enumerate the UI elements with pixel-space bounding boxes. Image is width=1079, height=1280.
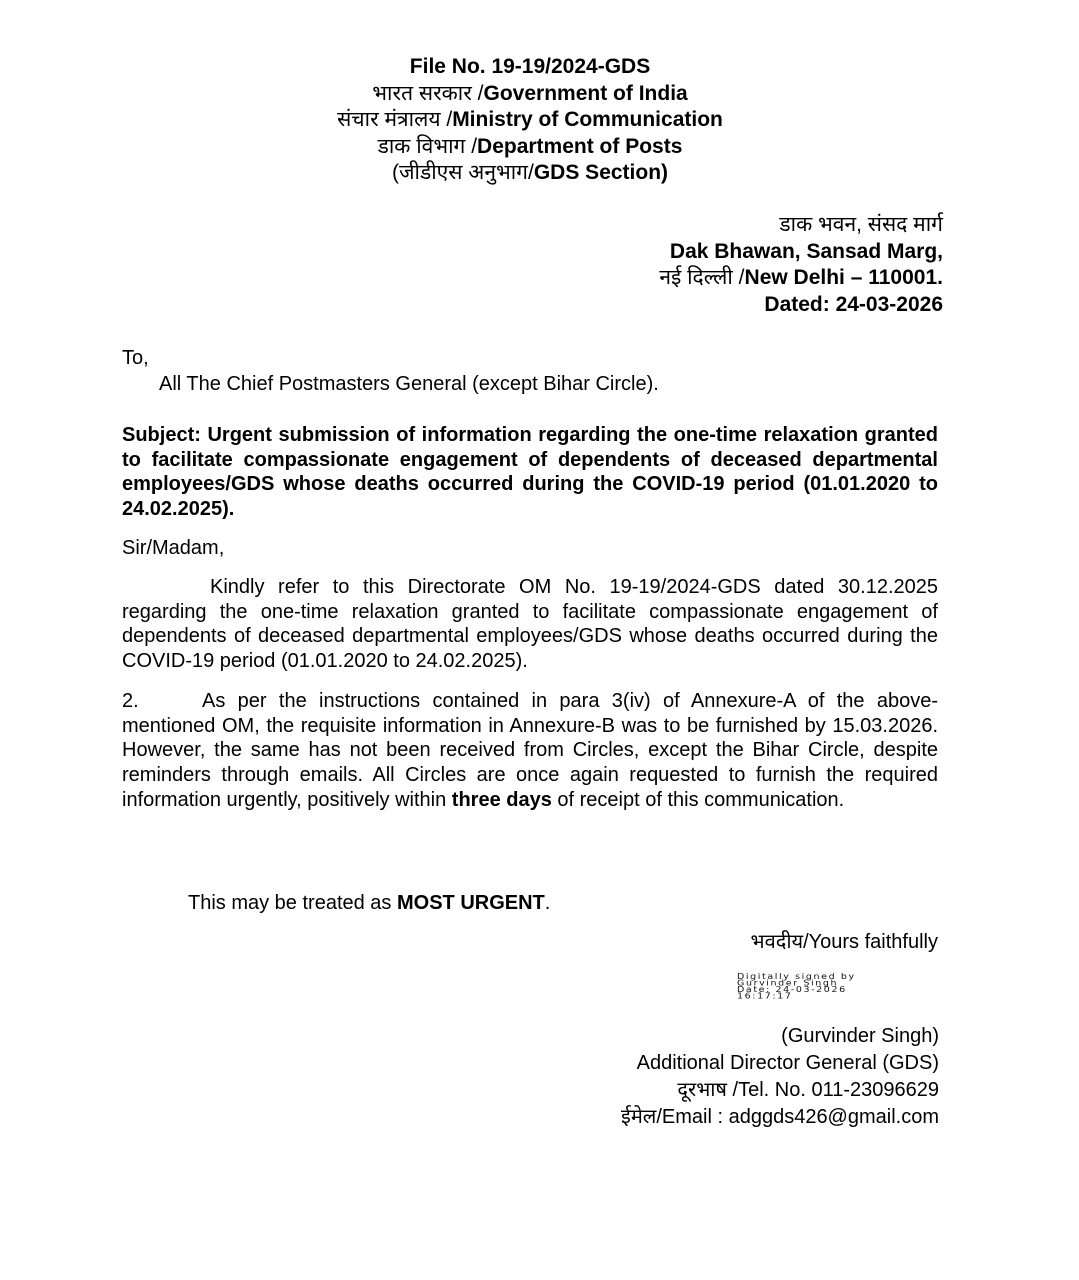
subject-line: Subject: Urgent submission of informatio… [122, 423, 938, 521]
letter-header: File No. 19-19/2024-GDS भारत सरकार /Gove… [0, 54, 1060, 187]
signatory-name: (Gurvinder Singh) [621, 1023, 939, 1050]
urgency-note: This may be treated as MOST URGENT. [188, 891, 550, 915]
salutation: Sir/Madam, [122, 536, 224, 560]
signatory-block: (Gurvinder Singh) Additional Director Ge… [621, 1023, 939, 1131]
recipient-block: To, All The Chief Postmasters General (e… [122, 345, 659, 397]
most-urgent-label: MOST URGENT [397, 892, 545, 914]
recipient-name: All The Chief Postmasters General (excep… [122, 371, 659, 397]
address-city: नई दिल्ली /New Delhi – 110001. [659, 265, 943, 292]
signatory-phone: दूरभाष /Tel. No. 011-23096629 [621, 1077, 939, 1104]
paragraph-number: 2. [122, 689, 202, 714]
paragraph-1: Kindly refer to this Directorate OM No. … [122, 575, 938, 674]
file-number: File No. 19-19/2024-GDS [0, 54, 1060, 81]
address-hindi: डाक भवन, संसद मार्ग [659, 212, 943, 239]
digital-signature-stamp: Digitally signed by Gurvinder Singh Date… [737, 974, 856, 1000]
signatory-designation: Additional Director General (GDS) [621, 1050, 939, 1077]
address-english: Dak Bhawan, Sansad Marg, [659, 239, 943, 266]
paragraph-2: 2.As per the instructions contained in p… [122, 689, 938, 813]
letter-date: Dated: 24-03-2026 [659, 292, 943, 319]
header-line-ministry: संचार मंत्रालय /Ministry of Communicatio… [0, 107, 1060, 134]
sender-address: डाक भवन, संसद मार्ग Dak Bhawan, Sansad M… [659, 212, 943, 318]
header-line-section: (जीडीएस अनुभाग/GDS Section) [0, 160, 1060, 187]
deadline-emphasis: three days [452, 789, 552, 811]
letter-page: File No. 19-19/2024-GDS भारत सरकार /Gove… [0, 0, 1079, 1280]
signatory-email: ईमेल/Email : adggds426@gmail.com [621, 1104, 939, 1131]
to-label: To, [122, 345, 659, 371]
header-line-government: भारत सरकार /Government of India [0, 81, 1060, 108]
header-line-department: डाक विभाग /Department of Posts [0, 134, 1060, 161]
closing-signoff: भवदीय/Yours faithfully [751, 930, 938, 954]
